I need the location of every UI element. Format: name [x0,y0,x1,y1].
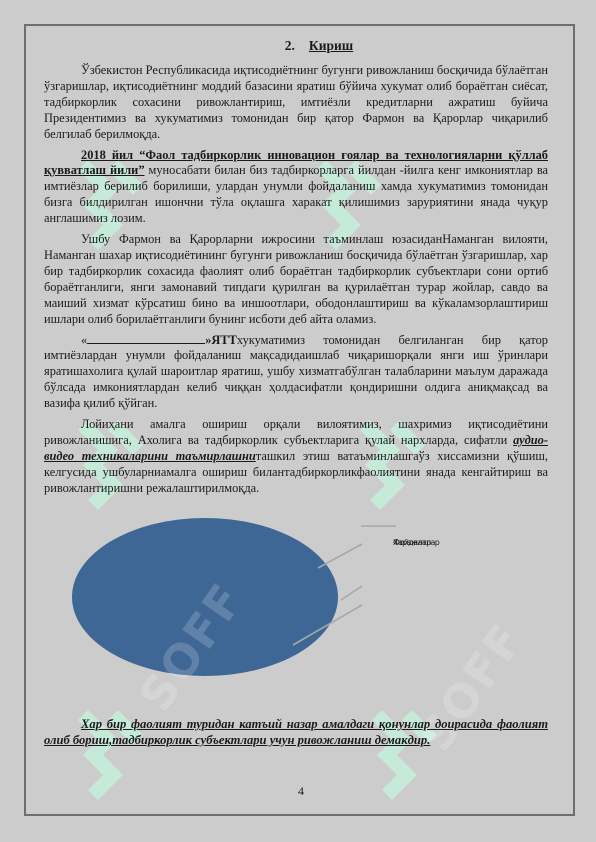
paragraph-3: Ушбу Фармон ва Қарорларни ижросини таъми… [44,232,548,327]
body-text: Ўзбекистон Республикасида иқтисодиётнинг… [44,63,548,497]
paragraph-2: 2018 йил “Фаол тадбиркорлик инновацион ғ… [44,148,548,228]
heading-number: 2. [285,38,295,53]
pie-label: Харажатлар [393,538,439,547]
paragraph-4: «»ЯТТхукуматимиз томонидан белгиланган б… [44,333,548,413]
leader-line [318,544,362,568]
paragraph-5: Лойиҳани амалга ошириш орқали вилоятимиз… [44,417,548,497]
heading-title: Кириш [309,38,353,53]
conclusion-text: Хар бир фаолият туридан катъий назар ама… [44,716,548,748]
page-number: 4 [0,784,596,799]
section-heading: 2.Кириш [0,38,596,54]
blank-field [87,333,205,344]
leader-line [341,586,362,600]
paragraph-1: Ўзбекистон Республикасида иқтисодиётнинг… [44,63,548,143]
